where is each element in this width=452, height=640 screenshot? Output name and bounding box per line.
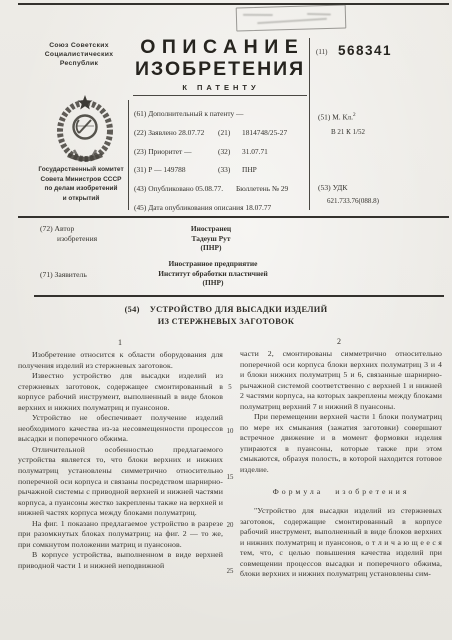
paragraph: Отличительной особенностью предлагаемого… [18,445,223,519]
committee-name: Государственный комитет Совета Министров… [24,165,138,203]
field-value: Р — 149788 [148,165,185,174]
field-31-33: (31) Р — 149788 (33) ПНР [134,165,308,174]
field-code: (43) [134,184,146,193]
field-code: (23) [134,147,146,156]
field-value: Бюллетень № 29 [236,184,288,193]
doc-type-title: ОПИСАНИЕ [133,36,305,59]
divider-vertical-right [309,38,310,210]
header-bottom-rule [18,216,449,218]
author-field-label: изобретения [57,234,97,243]
field-code: (32) [218,147,230,156]
union-line: Социалистических [26,50,132,59]
udk-value: 621.733.76(088.8) [327,197,379,205]
invention-title-code: (54) [125,305,140,314]
paragraph: Изобретение относится к области оборудов… [18,350,223,371]
office-stamp [236,4,347,31]
author-field-code: (72) Автор [40,224,74,233]
union-line: Союз Советских [26,41,132,50]
author-line: Тадеуш Рут [150,234,272,244]
paragraph: При перемещении верхней части 1 блоки по… [240,412,442,475]
field-code: (22) [134,128,146,137]
applicant-line: Институт обработки пластичней [138,269,288,279]
field-value: ПНР [242,165,257,174]
line-number: 10 [222,428,238,435]
number-code: (11) [316,48,327,56]
classification-value: В 21 К 1/52 [331,128,365,136]
claims-heading: Формула изобретения [240,487,442,498]
author-line: Иностранец [150,224,272,234]
field-value: Опубликовано 05.08.77. [148,184,223,193]
masthead-underline [133,95,307,96]
committee-line: Государственный комитет [24,165,138,175]
line-number: 5 [222,384,238,391]
applicant-field-code: (71) Заявитель [40,270,87,279]
parties-bottom-rule [34,295,444,297]
publication-number: 568341 [338,43,392,58]
field-value: Заявлено 28.07.72 [148,128,204,137]
invention-title: (54)УСТРОЙСТВО ДЛЯ ВЫСАДКИ ИЗДЕЛИЙ ИЗ СТ… [60,304,392,327]
field-22-21: (22) Заявлено 28.07.72 (21) 1814748/25-2… [134,128,308,137]
field-code: (61) [134,109,146,118]
field-value: М. Кл. [332,112,353,121]
field-61: (61) Дополнительный к патенту — [134,109,308,118]
field-51: (51) М. Кл.2 [318,112,356,121]
field-value: Дополнительный к патенту — [148,109,243,118]
field-value: Приоритет — [148,147,191,156]
field-43: (43) Опубликовано 05.08.77. Бюллетень № … [134,184,308,193]
paragraph: Устройство не обеспечивает получение изд… [18,413,223,445]
classification-sup: 2 [353,112,356,118]
field-code: (53) [318,183,331,192]
doc-type-subtitle: К ПАТЕНТУ [133,83,305,92]
left-column-number: 1 [18,338,222,347]
field-code: (45) [134,203,146,212]
field-code: (33) [218,165,230,174]
field-code: (51) [318,112,330,121]
committee-line: по делам изобретений [24,184,138,194]
author-name: Иностранец Тадеуш Рут (ПНР) [150,224,272,253]
committee-line: Совета Министров СССР [24,175,138,185]
paragraph: В корпусе устройства, выполненном в виде… [18,550,223,571]
bibliographic-fields: (61) Дополнительный к патенту — (22) Зая… [134,100,308,212]
invention-title-line: УСТРОЙСТВО ДЛЯ ВЫСАДКИ ИЗДЕЛИЙ [150,305,328,314]
line-number: 20 [222,522,238,529]
committee-line: и открытий [24,194,138,204]
line-number: 25 [222,568,238,575]
applicant-line: (ПНР) [138,278,288,288]
field-code: (31) [134,165,146,174]
union-name: Союз Советских Социалистических Республи… [26,41,132,68]
field-value: Дата опубликования описания 18.07.77 [148,203,271,212]
paragraph: части 2, смонтированы симметрично относи… [240,349,442,412]
applicant-name: Иностранное предприятие Институт обработ… [138,259,288,288]
claims-paragraph: "Устройство для высадки изделий из стерж… [240,506,442,580]
doc-type-title: ИЗОБРЕТЕНИЯ [133,58,305,81]
author-line: (ПНР) [150,243,272,253]
field-value: УДК [333,183,348,192]
line-number: 15 [222,474,238,481]
union-line: Республик [26,59,132,68]
right-column-number: 2 [238,337,440,346]
field-value: 1814748/25-27 [242,128,287,137]
field-45: (45) Дата опубликования описания 18.07.7… [134,203,308,212]
field-23-32: (23) Приоритет — (32) 31.07.71 [134,147,308,156]
applicant-line: Иностранное предприятие [138,259,288,269]
invention-title-line: ИЗ СТЕРЖНЕВЫХ ЗАГОТОВОК [60,316,392,328]
body-left-column: Изобретение относится к области оборудов… [18,350,223,571]
body-right-column: части 2, смонтированы симметрично относи… [240,349,442,580]
field-code: (21) [218,128,230,137]
field-value: 31.07.71 [242,147,268,156]
top-rule [18,3,449,5]
field-53: (53) УДК [318,183,347,192]
paragraph: На фиг. 1 показано предлагаемое устройст… [18,519,223,551]
ussr-emblem-icon [52,93,118,168]
paragraph: Известно устройство для высадки изделий … [18,371,223,413]
patent-document-page: Союз Советских Социалистических Республи… [0,0,452,640]
